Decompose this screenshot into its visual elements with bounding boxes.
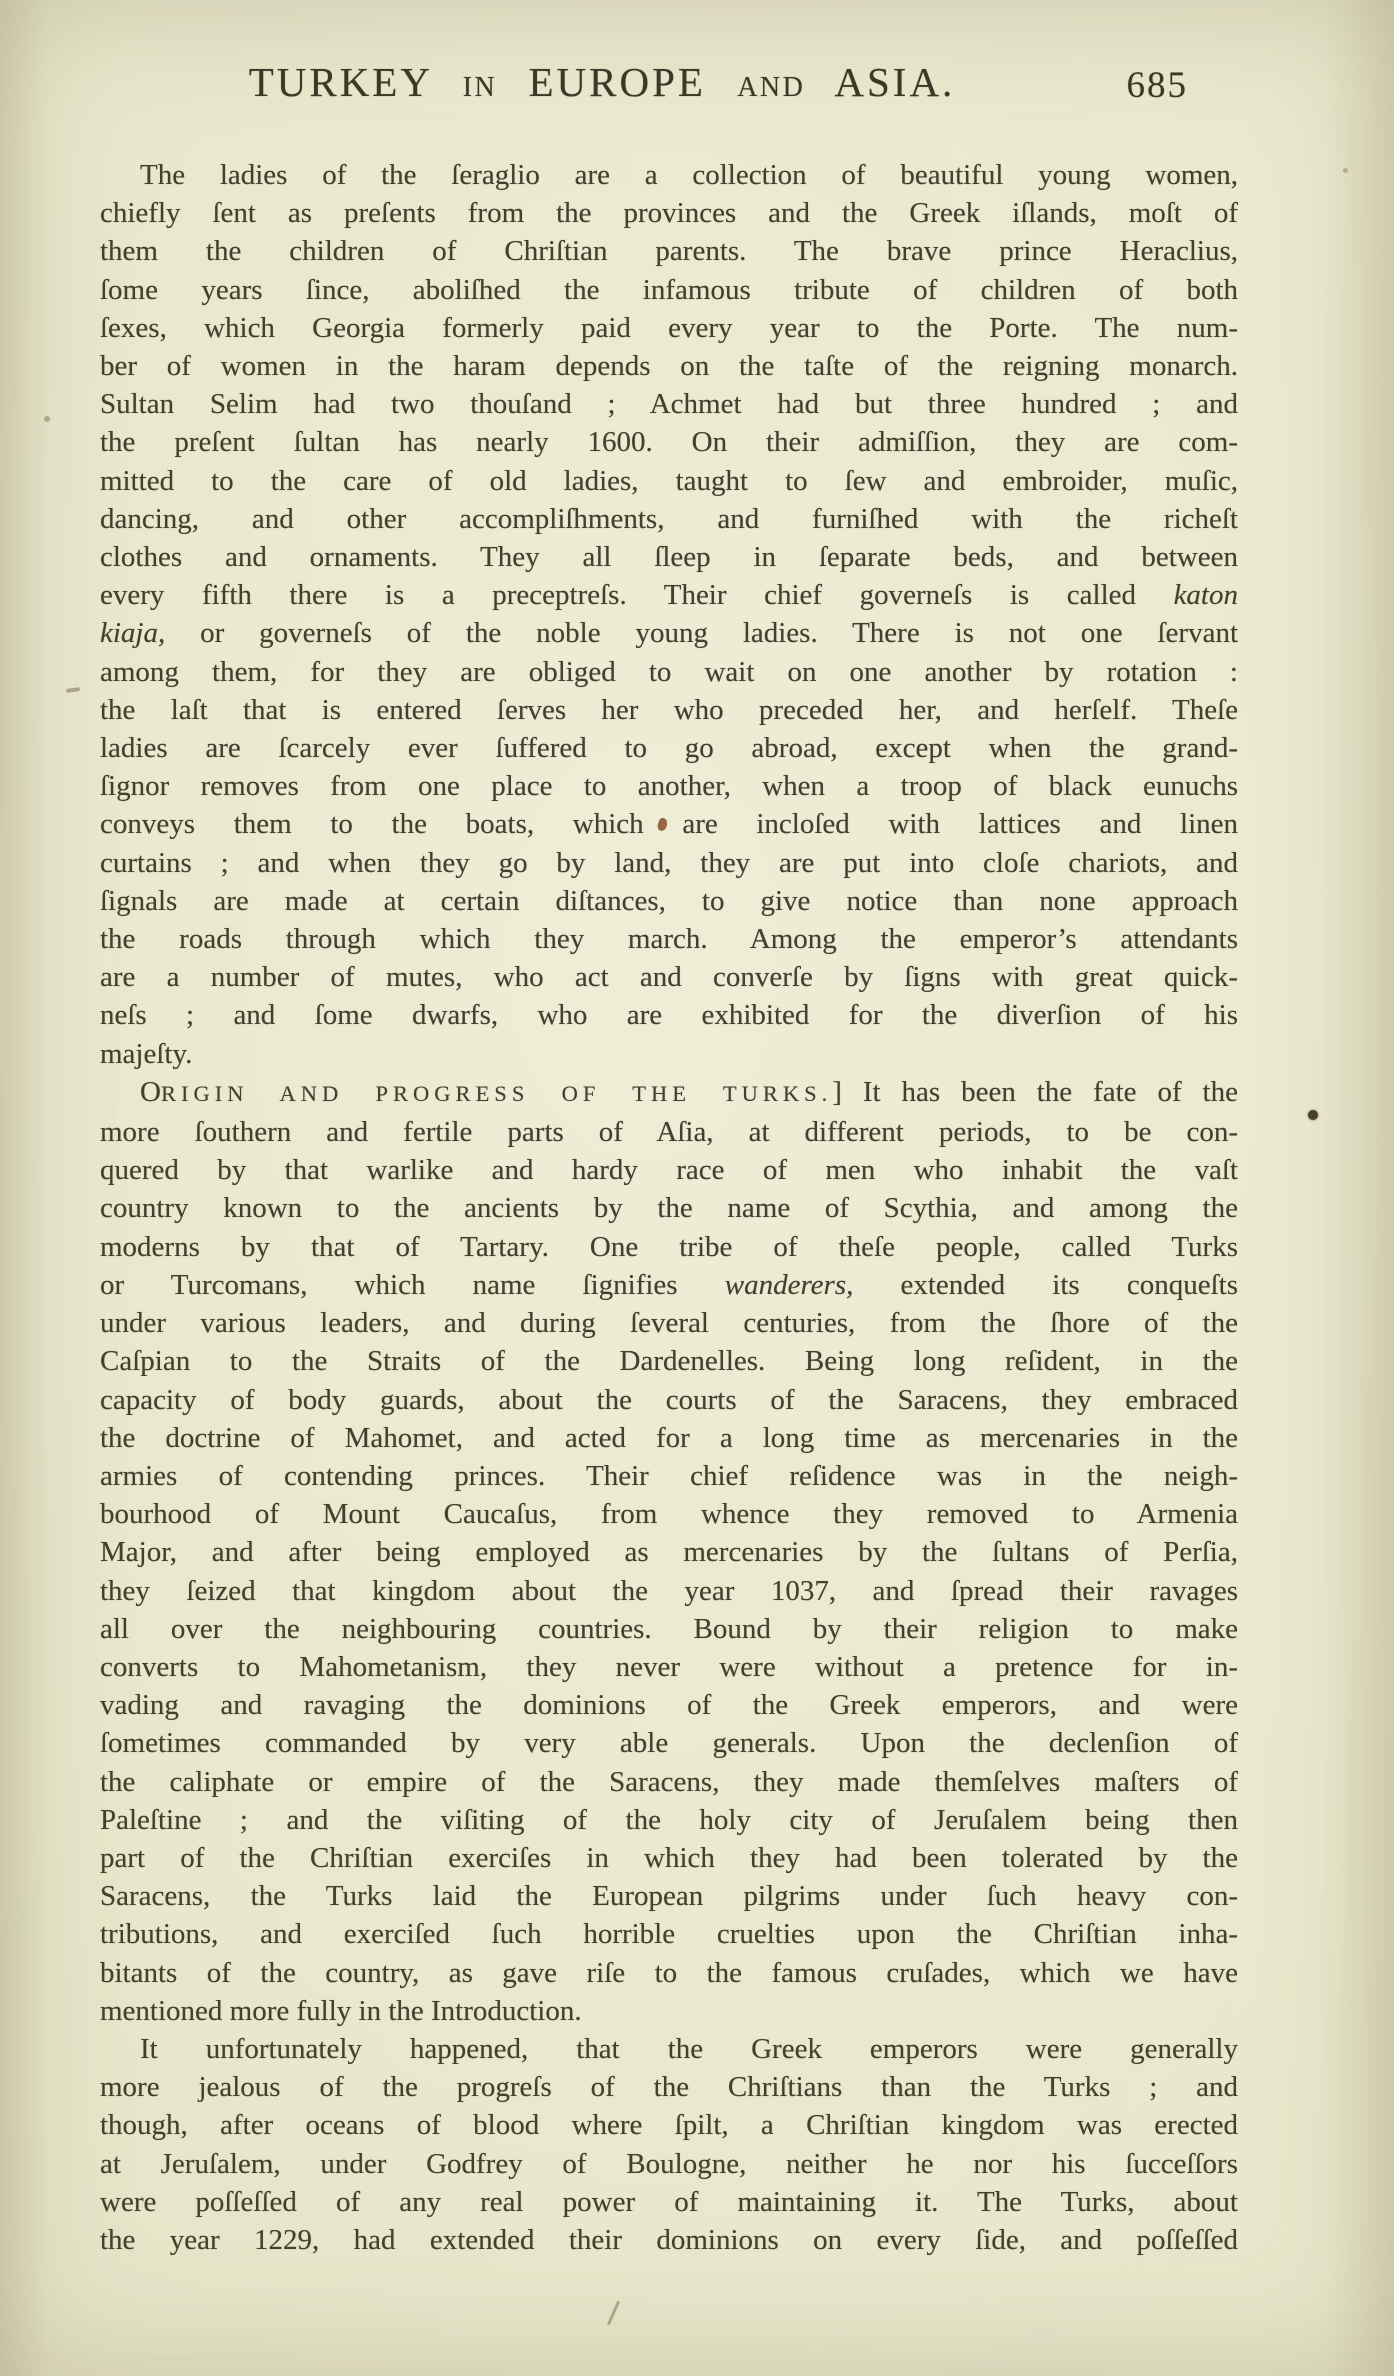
text-line: neſs ; and ſome dwarfs, who are exhibite…: [100, 996, 1238, 1034]
text-line: part of the Chriſtian exerciſes in which…: [100, 1839, 1238, 1877]
text-segment: ſexes, which Georgia formerly paid every…: [100, 312, 1238, 344]
text-line: clothes and ornaments. They all ſleep in…: [100, 538, 1238, 576]
text-segment: at Jeruſalem, under Godfrey of Boulogne,…: [100, 2148, 1238, 2180]
text-line: conveys them to the boats, which are inc…: [100, 805, 1238, 843]
text-line: all over the neighbouring countries. Bou…: [100, 1610, 1238, 1648]
text-segment: extended its conqueſts: [853, 1269, 1238, 1301]
running-title: TURKEY IN EUROPE AND ASIA.: [92, 58, 1112, 106]
text-segment: the doctrine of Mahomet, and acted for a…: [100, 1422, 1238, 1454]
text-segment: Sultan Selim had two thouſand ; Achmet h…: [100, 388, 1238, 420]
text-segment: Paleſtine ; and the viſiting of the holy…: [100, 1804, 1238, 1836]
paragraph: ORIGIN AND PROGRESS OF THE TURKS.] It ha…: [100, 1073, 1238, 2030]
text-segment: O: [140, 1076, 161, 1108]
text-segment: clothes and ornaments. They all ſleep in…: [100, 541, 1238, 573]
text-segment: ber of women in the haram depends on the…: [100, 350, 1238, 382]
text-segment: capacity of body guards, about the court…: [100, 1384, 1238, 1416]
text-segment: ladies are ſcarcely ever ſuffered to go …: [100, 732, 1238, 764]
ink-speck: [66, 687, 80, 693]
ink-speck: [44, 416, 50, 422]
text-segment: or governeſs of the noble young ladies. …: [165, 617, 1238, 649]
text-segment: more ſouthern and fertile parts of Aſia,…: [100, 1116, 1238, 1148]
text-line: bitants of the country, as gave riſe to …: [100, 1954, 1238, 1992]
text-segment: they ſeized that kingdom about the year …: [100, 1575, 1238, 1607]
text-line: capacity of body guards, about the court…: [100, 1381, 1238, 1419]
title-word: ASIA.: [834, 59, 955, 105]
text-segment: Saracens, the Turks laid the European pi…: [100, 1880, 1238, 1912]
text-segment: ſignor removes from one place to another…: [100, 770, 1238, 802]
ink-speck: [607, 2301, 620, 2326]
text-line: country known to the ancients by the nam…: [100, 1189, 1238, 1227]
text-line: ſignals are made at certain diſtances, t…: [100, 882, 1238, 920]
text-segment: Caſpian to the Straits of the Dardenelle…: [100, 1345, 1238, 1377]
text-segment: Major, and after being employed as merce…: [100, 1536, 1238, 1568]
text-line: the laſt that is entered ſerves her who …: [100, 691, 1238, 729]
text-segment: the preſent ſultan has nearly 1600. On t…: [100, 426, 1238, 458]
text-segment: ſome years ſince, aboliſhed the infamous…: [100, 274, 1238, 306]
text-line: dancing, and other accompliſhments, and …: [100, 500, 1238, 538]
text-line: ladies are ſcarcely ever ſuffered to go …: [100, 729, 1238, 767]
text-line: curtains ; and when they go by land, the…: [100, 844, 1238, 882]
text-segment: ] It has been the fate of the: [832, 1076, 1238, 1108]
text-line: Paleſtine ; and the viſiting of the holy…: [100, 1801, 1238, 1839]
text-segment: or Turcomans, which name ſignifies: [100, 1269, 725, 1301]
text-segment: the laſt that is entered ſerves her who …: [100, 694, 1238, 726]
text-segment: conveys them to the boats, which are inc…: [100, 808, 1238, 840]
text-line: more jealous of the progreſs of the Chri…: [100, 2068, 1238, 2106]
book-page: TURKEY IN EUROPE AND ASIA. 685 The ladie…: [0, 0, 1394, 2376]
text-line: ſignor removes from one place to another…: [100, 767, 1238, 805]
text-segment: It unfortunately happened, that the Gree…: [140, 2033, 1238, 2065]
text-segment: wanderers,: [725, 1269, 854, 1301]
text-segment: are a number of mutes, who act and conve…: [100, 961, 1238, 993]
text-line: them the children of Chriſtian parents. …: [100, 232, 1238, 270]
text-line: under various leaders, and during ſevera…: [100, 1304, 1238, 1342]
text-segment: curtains ; and when they go by land, the…: [100, 847, 1238, 879]
text-segment: mitted to the care of old ladies, taught…: [100, 465, 1238, 497]
body-text: The ladies of the ſeraglio are a collect…: [100, 156, 1238, 2259]
text-line: the year 1229, had extended their domini…: [100, 2221, 1238, 2259]
text-line: the preſent ſultan has nearly 1600. On t…: [100, 423, 1238, 461]
text-segment: under various leaders, and during ſevera…: [100, 1307, 1238, 1339]
text-segment: every fifth there is a preceptreſs. Thei…: [100, 579, 1174, 611]
text-line: at Jeruſalem, under Godfrey of Boulogne,…: [100, 2145, 1238, 2183]
text-line: they ſeized that kingdom about the year …: [100, 1572, 1238, 1610]
text-line: armies of contending princes. Their chie…: [100, 1457, 1238, 1495]
text-segment: them the children of Chriſtian parents. …: [100, 235, 1238, 267]
text-segment: ſignals are made at certain diſtances, t…: [100, 885, 1238, 917]
text-line: more ſouthern and fertile parts of Aſia,…: [100, 1113, 1238, 1151]
text-segment: katon: [1174, 579, 1238, 611]
text-segment: converts to Mahometanism, they never wer…: [100, 1651, 1238, 1683]
text-line: though, after oceans of blood where ſpil…: [100, 2106, 1238, 2144]
title-word-small: IN: [463, 72, 498, 103]
text-line: among them, for they are obliged to wait…: [100, 653, 1238, 691]
ink-speck: [1308, 1110, 1318, 1120]
paragraph: It unfortunately happened, that the Gree…: [100, 2030, 1238, 2259]
text-line: Sultan Selim had two thouſand ; Achmet h…: [100, 385, 1238, 423]
text-segment: ſometimes commanded by very able general…: [100, 1727, 1238, 1759]
text-line: It unfortunately happened, that the Gree…: [100, 2030, 1238, 2068]
text-line: ſometimes commanded by very able general…: [100, 1724, 1238, 1762]
text-line: Caſpian to the Straits of the Dardenelle…: [100, 1342, 1238, 1380]
text-segment: the roads through which they march. Amon…: [100, 923, 1238, 955]
title-word: TURKEY: [249, 59, 432, 105]
text-line: converts to Mahometanism, they never wer…: [100, 1648, 1238, 1686]
text-line: ber of women in the haram depends on the…: [100, 347, 1238, 385]
paragraph: The ladies of the ſeraglio are a collect…: [100, 156, 1238, 1073]
text-segment: tributions, and exerciſed ſuch horrible …: [100, 1918, 1238, 1950]
text-segment: more jealous of the progreſs of the Chri…: [100, 2071, 1238, 2103]
text-line: chiefly ſent as preſents from the provin…: [100, 194, 1238, 232]
text-segment: dancing, and other accompliſhments, and …: [100, 503, 1238, 535]
text-line: the doctrine of Mahomet, and acted for a…: [100, 1419, 1238, 1457]
text-line: kiaja, or governeſs of the noble young l…: [100, 614, 1238, 652]
text-segment: neſs ; and ſome dwarfs, who are exhibite…: [100, 999, 1238, 1031]
text-line: are a number of mutes, who act and conve…: [100, 958, 1238, 996]
text-segment: all over the neighbouring countries. Bou…: [100, 1613, 1238, 1645]
text-line: the caliphate or empire of the Saracens,…: [100, 1763, 1238, 1801]
text-line: every fifth there is a preceptreſs. Thei…: [100, 576, 1238, 614]
text-segment: quered by that warlike and hardy race of…: [100, 1154, 1238, 1186]
text-segment: the caliphate or empire of the Saracens,…: [100, 1766, 1238, 1798]
text-line: mitted to the care of old ladies, taught…: [100, 462, 1238, 500]
text-segment: bitants of the country, as gave riſe to …: [100, 1957, 1238, 1989]
title-word-small: AND: [737, 72, 805, 103]
text-segment: armies of contending princes. Their chie…: [100, 1460, 1238, 1492]
title-word: EUROPE: [528, 59, 705, 105]
page-number: 685: [1127, 64, 1189, 107]
text-segment: the year 1229, had extended their domini…: [100, 2224, 1238, 2256]
text-line: The ladies of the ſeraglio are a collect…: [100, 156, 1238, 194]
text-segment: country known to the ancients by the nam…: [100, 1192, 1238, 1224]
text-segment: among them, for they are obliged to wait…: [100, 656, 1238, 688]
text-line: majeſty.: [100, 1035, 1238, 1073]
text-segment: chiefly ſent as preſents from the provin…: [100, 197, 1238, 229]
text-segment: The ladies of the ſeraglio are a collect…: [140, 159, 1238, 191]
text-segment: were poſſeſſed of any real power of main…: [100, 2186, 1238, 2218]
text-line: or Turcomans, which name ſignifies wande…: [100, 1266, 1238, 1304]
text-line: ſome years ſince, aboliſhed the infamous…: [100, 271, 1238, 309]
text-line: the roads through which they march. Amon…: [100, 920, 1238, 958]
text-segment: vading and ravaging the dominions of the…: [100, 1689, 1238, 1721]
text-line: Major, and after being employed as merce…: [100, 1533, 1238, 1571]
ink-speck: [1343, 168, 1348, 173]
text-line: were poſſeſſed of any real power of main…: [100, 2183, 1238, 2221]
text-line: ſexes, which Georgia formerly paid every…: [100, 309, 1238, 347]
text-segment: part of the Chriſtian exerciſes in which…: [100, 1842, 1238, 1874]
text-segment: moderns by that of Tartary. One tribe of…: [100, 1231, 1238, 1263]
text-segment: though, after oceans of blood where ſpil…: [100, 2109, 1238, 2141]
text-line: bourhood of Mount Caucaſus, from whence …: [100, 1495, 1238, 1533]
text-line: mentioned more fully in the Introduction…: [100, 1992, 1238, 2030]
text-segment: RIGIN AND PROGRESS OF THE TURKS.: [161, 1081, 832, 1106]
text-line: Saracens, the Turks laid the European pi…: [100, 1877, 1238, 1915]
text-line: moderns by that of Tartary. One tribe of…: [100, 1228, 1238, 1266]
text-line: vading and ravaging the dominions of the…: [100, 1686, 1238, 1724]
text-segment: majeſty.: [100, 1038, 192, 1070]
text-segment: mentioned more fully in the Introduction…: [100, 1995, 582, 2027]
text-segment: kiaja,: [100, 617, 165, 649]
text-line: quered by that warlike and hardy race of…: [100, 1151, 1238, 1189]
text-line: tributions, and exerciſed ſuch horrible …: [100, 1915, 1238, 1953]
text-segment: bourhood of Mount Caucaſus, from whence …: [100, 1498, 1238, 1530]
text-line: ORIGIN AND PROGRESS OF THE TURKS.] It ha…: [100, 1073, 1238, 1113]
